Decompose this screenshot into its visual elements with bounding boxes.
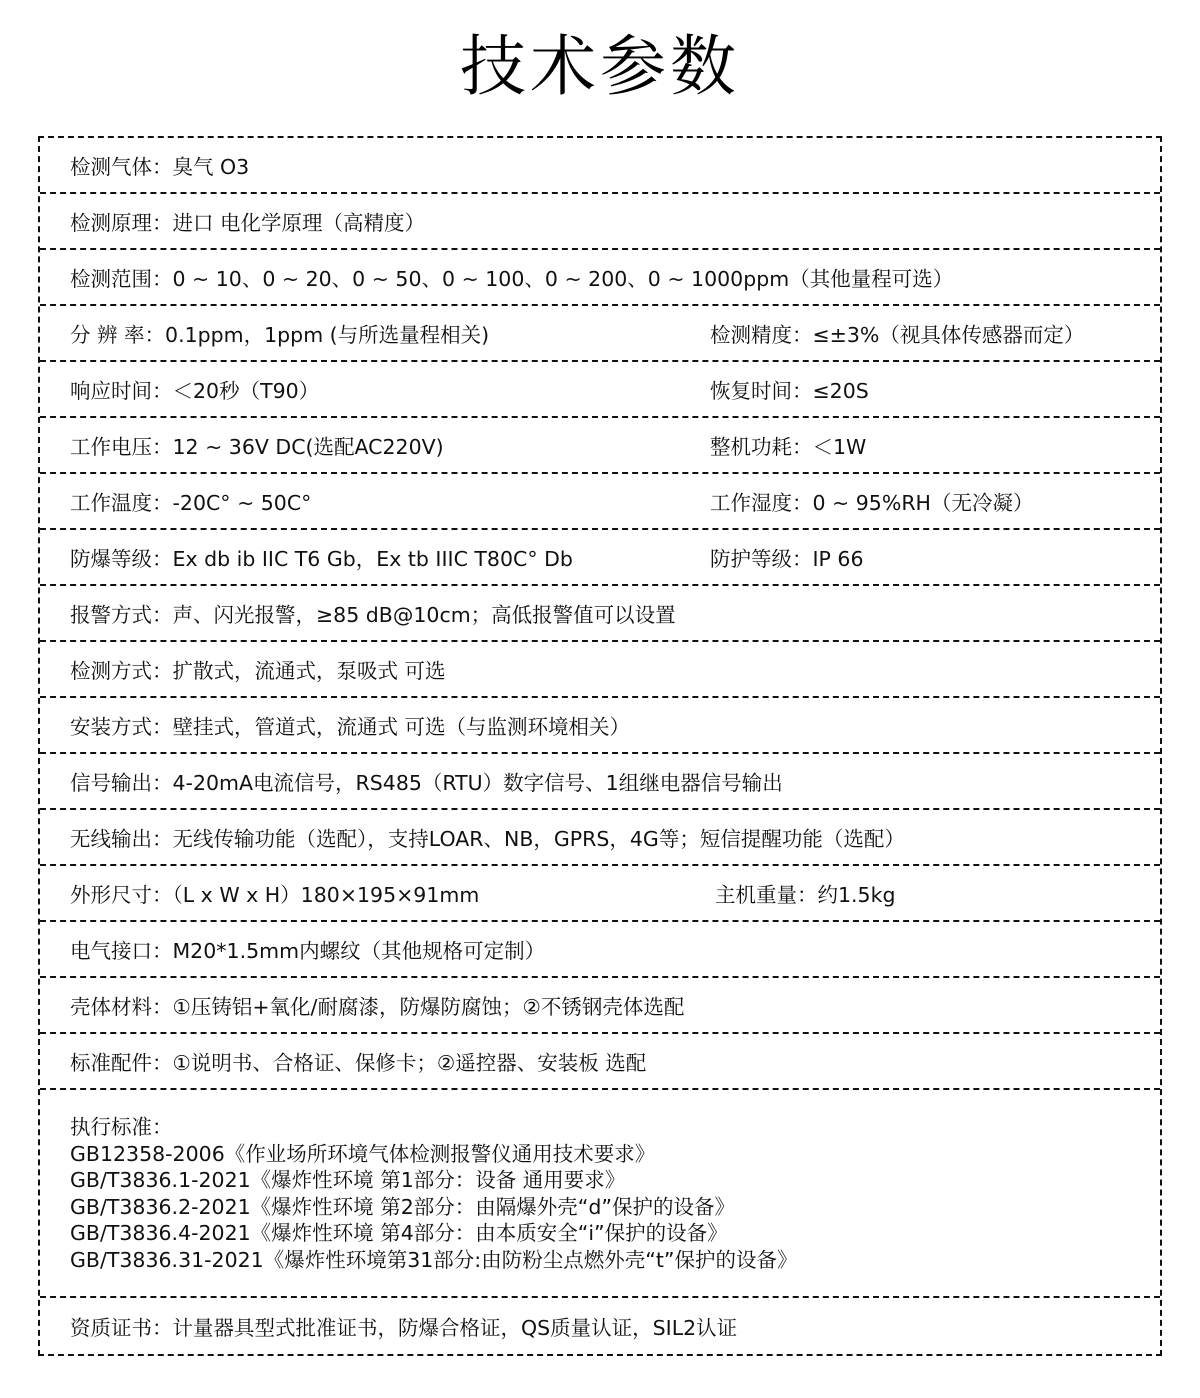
spec-housing-material: 壳体材料：①压铸铝+氧化/耐腐漆，防爆防腐蚀；②不锈钢壳体选配 (70, 978, 684, 1032)
spec-power: 整机功耗：＜1W (710, 418, 866, 472)
spec-recovery-time: 恢复时间：≤20S (710, 362, 869, 416)
spec-gas: 检测气体：臭气 O3 (70, 138, 249, 192)
spec-explosion-rating: 防爆等级：Ex db ib IIC T6 Gb，Ex tb IIIC T80C°… (70, 530, 573, 584)
spec-signal-output: 信号输出：4-20mA电流信号，RS485（RTU）数字信号、1组继电器信号输出 (70, 754, 783, 808)
spec-row-detection-mode: 检测方式：扩散式，流通式，泵吸式 可选 (40, 642, 1160, 698)
spec-row-resolution: 分 辨 率：0.1ppm，1ppm (与所选量程相关) 检测精度：≤±3%（视具… (40, 306, 1160, 362)
standard-item: GB/T3836.4-2021《爆炸性环境 第4部分：由本质安全“i”保护的设备… (70, 1220, 1160, 1247)
spec-row-installation: 安装方式：壁挂式，管道式，流通式 可选（与监测环境相关） (40, 698, 1160, 754)
spec-row-certificates: 资质证书：计量器具型式批准证书，防爆合格证，QS质量认证，SIL2认证 (40, 1298, 1160, 1354)
spec-accuracy: 检测精度：≤±3%（视具体传感器而定） (710, 306, 1084, 360)
spec-detection-mode: 检测方式：扩散式，流通式，泵吸式 可选 (70, 642, 446, 696)
spec-row-gas: 检测气体：臭气 O3 (40, 138, 1160, 194)
spec-temperature: 工作温度：-20C° ~ 50C° (70, 474, 311, 528)
spec-accessories: 标准配件：①说明书、合格证、保修卡；②遥控器、安装板 选配 (70, 1034, 646, 1088)
standard-item: GB12358-2006《作业场所环境气体检测报警仪通用技术要求》 (70, 1141, 1160, 1168)
spec-dimensions: 外形尺寸：（L x W x H）180×195×91mm (70, 866, 479, 920)
standard-item: GB/T3836.1-2021《爆炸性环境 第1部分：设备 通用要求》 (70, 1167, 1160, 1194)
spec-weight: 主机重量：约1.5kg (715, 866, 896, 920)
spec-row-temperature: 工作温度：-20C° ~ 50C° 工作湿度：0 ~ 95%RH（无冷凝） (40, 474, 1160, 530)
spec-row-standards: 执行标准： GB12358-2006《作业场所环境气体检测报警仪通用技术要求》 … (40, 1090, 1160, 1298)
spec-row-principle: 检测原理：进口 电化学原理（高精度） (40, 194, 1160, 250)
spec-table: 检测气体：臭气 O3 检测原理：进口 电化学原理（高精度） 检测范围：0 ~ 1… (38, 136, 1162, 1356)
spec-certificates: 资质证书：计量器具型式批准证书，防爆合格证，QS质量认证，SIL2认证 (70, 1298, 737, 1354)
standards-label: 执行标准： (70, 1114, 1160, 1141)
spec-alarm: 报警方式：声、闪光报警，≥85 dB@10cm；高低报警值可以设置 (70, 586, 676, 640)
spec-row-housing: 壳体材料：①压铸铝+氧化/耐腐漆，防爆防腐蚀；②不锈钢壳体选配 (40, 978, 1160, 1034)
spec-range: 检测范围：0 ~ 10、0 ~ 20、0 ~ 50、0 ~ 100、0 ~ 20… (70, 250, 953, 304)
standard-item: GB/T3836.2-2021《爆炸性环境 第2部分：由隔爆外壳“d”保护的设备… (70, 1194, 1160, 1221)
spec-wireless-output: 无线输出：无线传输功能（选配），支持LOAR、NB，GPRS，4G等；短信提醒功… (70, 810, 905, 864)
spec-electrical-interface: 电气接口：M20*1.5mm内螺纹（其他规格可定制） (70, 922, 545, 976)
spec-humidity: 工作湿度：0 ~ 95%RH（无冷凝） (710, 474, 1033, 528)
standard-item: GB/T3836.31-2021《爆炸性环境第31部分:由防粉尘点燃外壳“t”保… (70, 1247, 1160, 1274)
spec-row-signal-output: 信号输出：4-20mA电流信号，RS485（RTU）数字信号、1组继电器信号输出 (40, 754, 1160, 810)
spec-ip-rating: 防护等级：IP 66 (710, 530, 864, 584)
spec-row-accessories: 标准配件：①说明书、合格证、保修卡；②遥控器、安装板 选配 (40, 1034, 1160, 1090)
spec-principle: 检测原理：进口 电化学原理（高精度） (70, 194, 425, 248)
spec-resolution: 分 辨 率：0.1ppm，1ppm (与所选量程相关) (70, 306, 489, 360)
spec-row-dimensions: 外形尺寸：（L x W x H）180×195×91mm 主机重量：约1.5kg (40, 866, 1160, 922)
spec-row-electrical: 电气接口：M20*1.5mm内螺纹（其他规格可定制） (40, 922, 1160, 978)
spec-response-time: 响应时间：＜20秒（T90） (70, 362, 319, 416)
spec-row-explosion: 防爆等级：Ex db ib IIC T6 Gb，Ex tb IIIC T80C°… (40, 530, 1160, 586)
spec-row-alarm: 报警方式：声、闪光报警，≥85 dB@10cm；高低报警值可以设置 (40, 586, 1160, 642)
page-title: 技术参数 (0, 22, 1200, 112)
spec-installation: 安装方式：壁挂式，管道式，流通式 可选（与监测环境相关） (70, 698, 630, 752)
spec-row-range: 检测范围：0 ~ 10、0 ~ 20、0 ~ 50、0 ~ 100、0 ~ 20… (40, 250, 1160, 306)
spec-row-wireless: 无线输出：无线传输功能（选配），支持LOAR、NB，GPRS，4G等；短信提醒功… (40, 810, 1160, 866)
spec-voltage: 工作电压：12 ~ 36V DC(选配AC220V) (70, 418, 444, 472)
spec-row-voltage: 工作电压：12 ~ 36V DC(选配AC220V) 整机功耗：＜1W (40, 418, 1160, 474)
spec-row-response: 响应时间：＜20秒（T90） 恢复时间：≤20S (40, 362, 1160, 418)
